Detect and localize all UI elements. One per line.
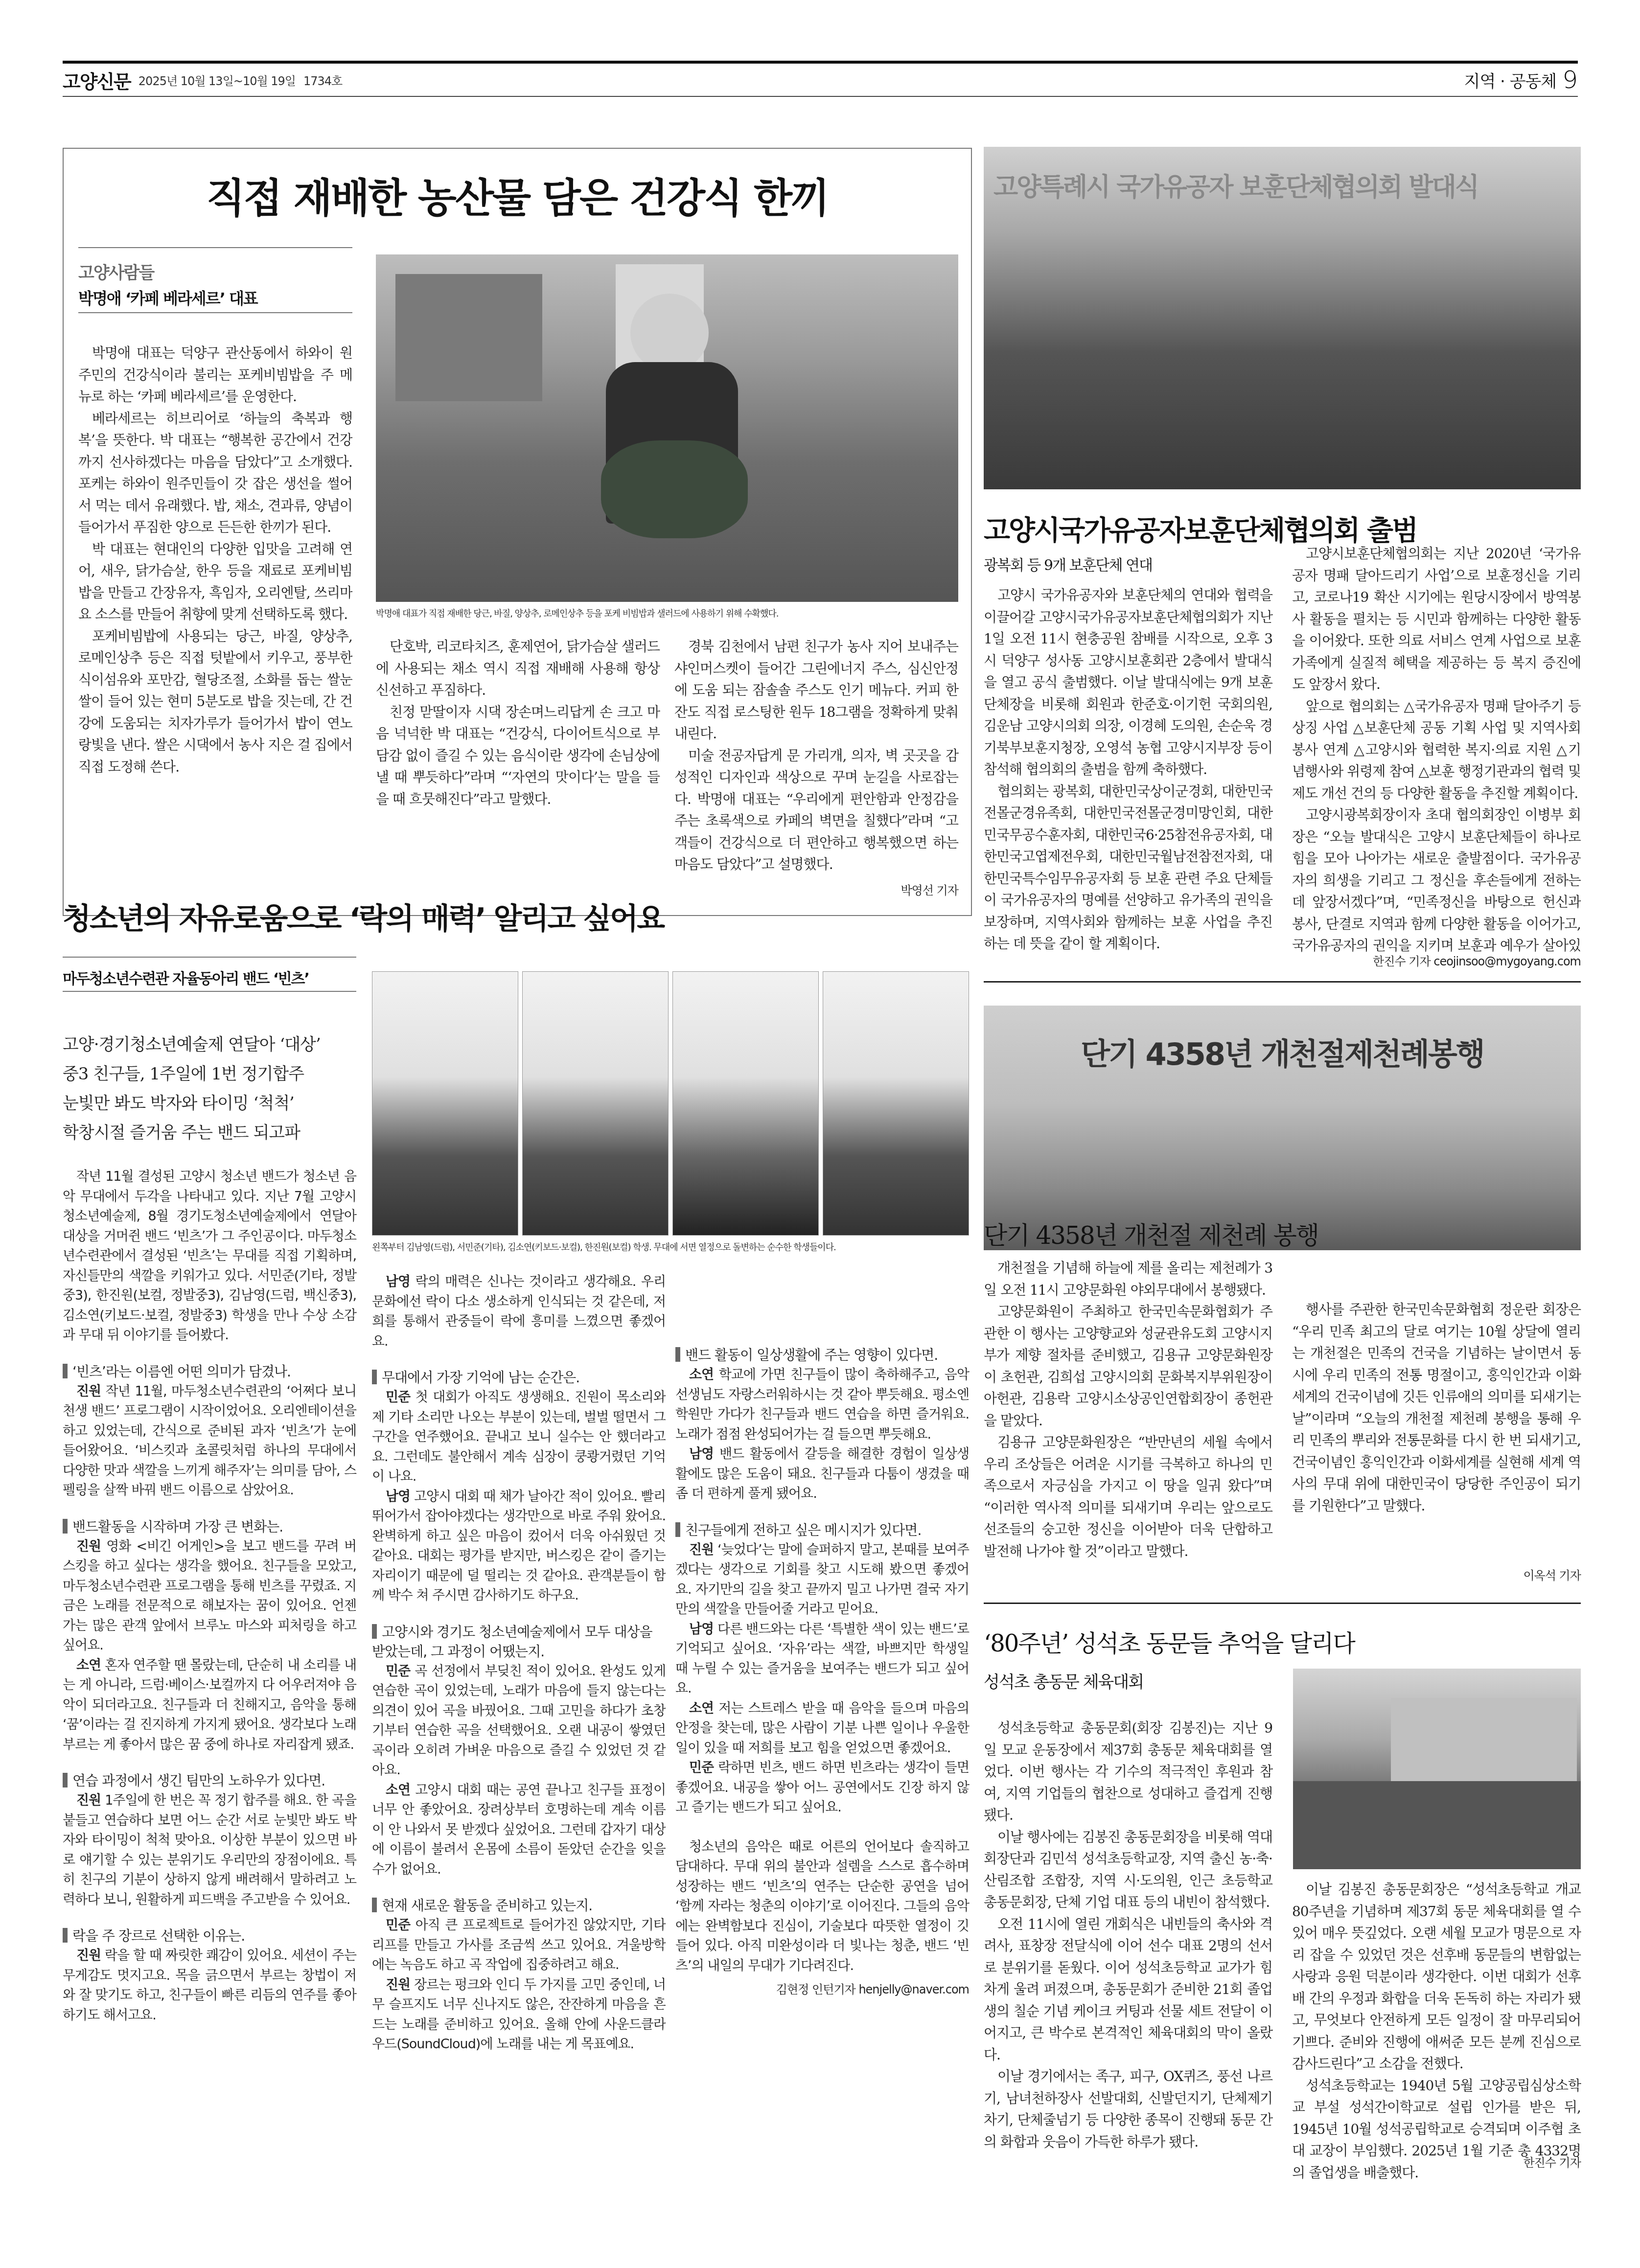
school-building xyxy=(1391,1698,1577,1781)
school-subhead: 성석초 총동문 체육대회 xyxy=(984,1669,1143,1693)
photo-han-jinwon xyxy=(823,971,969,1236)
page-number: 9 xyxy=(1562,66,1578,94)
photo-banner-text: 고양특례시 국가유공자 보훈단체협의회 발대식 xyxy=(993,166,1571,203)
masthead-top-rule xyxy=(63,61,1578,64)
band-column-3: 밴드 활동이 일상생활에 주는 영향이 있다면. 소연 학교에 가면 친구들이 … xyxy=(675,1272,969,1997)
divider xyxy=(63,991,356,992)
veterans-column-1: 고양시 국가유공자와 보훈단체의 연대와 협력을 이끌어갈 고양시국가유공자보훈… xyxy=(984,585,1272,955)
photo-seo-minjun xyxy=(522,971,669,1236)
cafe-column-1: 박명애 대표는 덕양구 관산동에서 하와이 원주민의 건강식이라 불리는 포케비… xyxy=(78,343,352,900)
veterans-photo: 고양특례시 국가유공자 보훈단체협의회 발대식 xyxy=(984,147,1581,489)
photo-kim-namyoung xyxy=(372,971,518,1236)
school-byline: 한진수 기자 xyxy=(1292,2153,1581,2170)
cafe-photo-caption: 박명애 대표가 직접 재배한 당근, 바질, 양상추, 로메인상추 등을 포케 … xyxy=(376,607,958,619)
divider xyxy=(63,957,356,958)
cafe-kicker: 고양사람들 xyxy=(78,259,154,283)
section-name: 지역 · 공동체 xyxy=(1464,68,1557,92)
band-column-2: 남영 락의 매력은 신나는 것이라고 생각해요. 우리 문화에선 락이 다소 생… xyxy=(372,1272,666,2256)
veterans-column-2: 고양시보훈단체협의회는 지난 2020년 ‘국가유공자 명패 달아드리기 사업’… xyxy=(1292,543,1581,954)
band-photo-caption: 왼쪽부터 김남영(드럼), 서민준(기타), 김소연(키보드·보컬), 한진원(… xyxy=(372,1240,969,1253)
divider xyxy=(984,1603,1581,1604)
band-headline: 청소년의 자유로움으로 ‘락의 매력’ 알리고 싶어요 xyxy=(63,895,664,938)
cafe-column-3: 경북 김천에서 남편 친구가 농사 지어 보내주는 샤인머스켓이 들어간 그린에… xyxy=(674,636,958,876)
gaecheon-column-1: 개천절을 기념해 하늘에 제를 올리는 제천례가 3일 오전 11시 고양문화원… xyxy=(984,1258,1272,1562)
divider xyxy=(78,312,352,313)
gaecheon-column-2: 행사를 주관한 한국민속문화협회 정운란 회장은 “우리 민족 최고의 달로 여… xyxy=(1292,1299,1581,1517)
school-headline: ‘80주년’ 성석초 동문들 추억을 달리다 xyxy=(984,1625,1355,1658)
newspaper-logo: 고양신문 xyxy=(63,67,131,93)
cafe-subhead: 박명애 ‘카페 베라세르’ 대표 xyxy=(78,286,257,309)
veterans-headline: 고양시국가유공자보훈단체협의회 출범 xyxy=(984,509,1417,548)
issue-date: 2025년 10월 13일~10월 19일 xyxy=(139,71,296,89)
band-deck: 고양·경기청소년예술제 연달아 ‘대상’ 중3 친구들, 1주일에 1번 정기합… xyxy=(63,1030,356,1147)
cafe-headline: 직접 재배한 농산물 담은 건강식 한끼 xyxy=(63,166,972,224)
cafe-byline: 박영선 기자 xyxy=(674,881,958,898)
cafe-photo xyxy=(376,254,958,602)
photo-banner-text: 단기 4358년 개천절제천례봉행 xyxy=(1013,1030,1551,1074)
veterans-subhead: 광복회 등 9개 보훈단체 연대 xyxy=(984,553,1152,574)
crowd-shape xyxy=(1293,1781,1581,1869)
person-head xyxy=(630,294,709,372)
masthead-bottom-rule xyxy=(63,96,1578,97)
vegetable-bundle xyxy=(601,440,748,538)
band-subhead: 마두청소년수련관 자율동아리 밴드 ‘빈츠’ xyxy=(63,966,309,988)
photo-kim-soyeon xyxy=(672,971,819,1236)
veterans-byline: 한진수 기자 ceojinsoo@mygoyang.com xyxy=(1292,952,1581,969)
divider xyxy=(78,247,352,248)
band-photos xyxy=(372,971,969,1236)
divider xyxy=(984,981,1581,983)
gaecheon-headline: 단기 4358년 개천절 제천례 봉행 xyxy=(984,1216,1318,1251)
school-column-2: 이날 김봉진 총동문회장은 “성석초등학교 개교 80주년을 기념하며 제37회… xyxy=(1292,1879,1581,2184)
band-byline: 김현정 인턴기자 henjelly@naver.com xyxy=(675,1980,969,1997)
gaecheon-photo: 단기 4358년 개천절제천례봉행 xyxy=(984,1006,1581,1250)
issue-number: 1734호 xyxy=(303,71,342,89)
band-column-1: 작년 11월 결성된 고양시 청소년 밴드가 청소년 음악 무대에서 두각을 나… xyxy=(63,1167,356,2025)
school-photo xyxy=(1293,1669,1581,1869)
cafe-column-2: 단호박, 리코타치즈, 훈제연어, 닭가슴살 샐러드에 사용되는 채소 역시 직… xyxy=(376,636,660,810)
masthead: 고양신문 2025년 10월 13일~10월 19일 1734호 지역 · 공동… xyxy=(63,69,1578,91)
school-column-1: 성석초등학교 총동문회(회장 김봉진)는 지난 9일 모교 운동장에서 제37회… xyxy=(984,1718,1272,2153)
building-shape xyxy=(395,274,542,401)
gaecheon-byline: 이옥석 기자 xyxy=(1292,1566,1581,1583)
